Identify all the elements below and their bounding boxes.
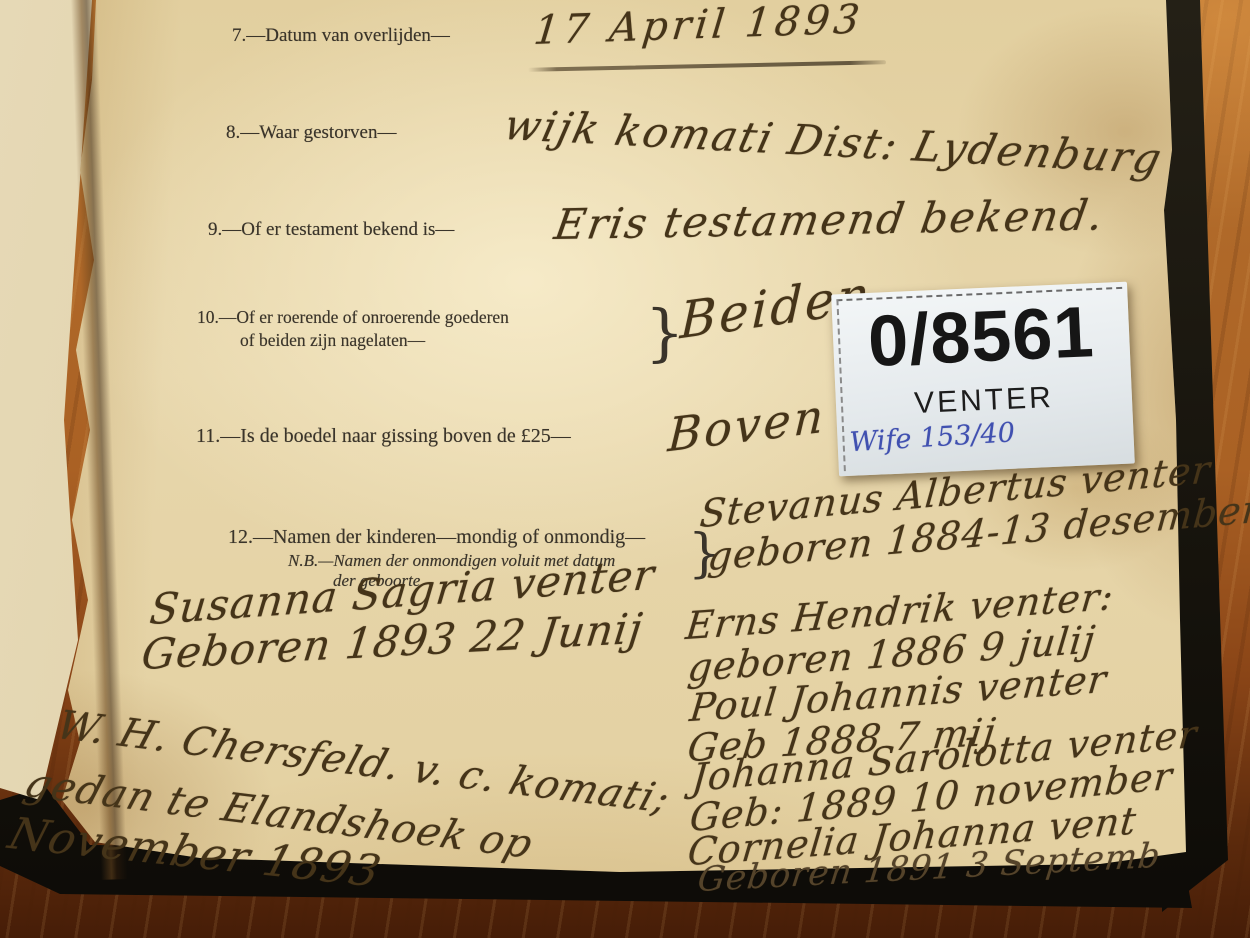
field-12-label: 12.—Namen der kinderen—mondig of onmondi… bbox=[228, 526, 645, 549]
archive-sticker: 0/8561 VENTER Wife 153/40 bbox=[831, 282, 1135, 477]
field-9-answer: Eris testamend bekend. bbox=[551, 190, 1108, 249]
field-9-label: 9.—Of er testament bekend is— bbox=[208, 219, 454, 241]
sticker-handwritten-annotation: Wife 153/40 bbox=[849, 417, 1016, 458]
field-10-brace: } bbox=[645, 296, 684, 369]
field-7-label: 7.—Datum van overlijden— bbox=[232, 25, 450, 47]
field-10-label-line1: 10.—Of er roerende of onroerende goedere… bbox=[197, 307, 509, 328]
sticker-reference-number: 0/8561 bbox=[832, 292, 1131, 384]
field-10-label-line2: of beiden zijn nagelaten— bbox=[240, 330, 425, 351]
document-photo: 7.—Datum van overlijden— 17 April 1893 8… bbox=[0, 0, 1250, 938]
sticker-surname: VENTER bbox=[835, 378, 1132, 425]
field-11-label: 11.—Is de boedel naar gissing boven de £… bbox=[196, 425, 571, 448]
field-8-label: 8.—Waar gestorven— bbox=[226, 122, 396, 144]
